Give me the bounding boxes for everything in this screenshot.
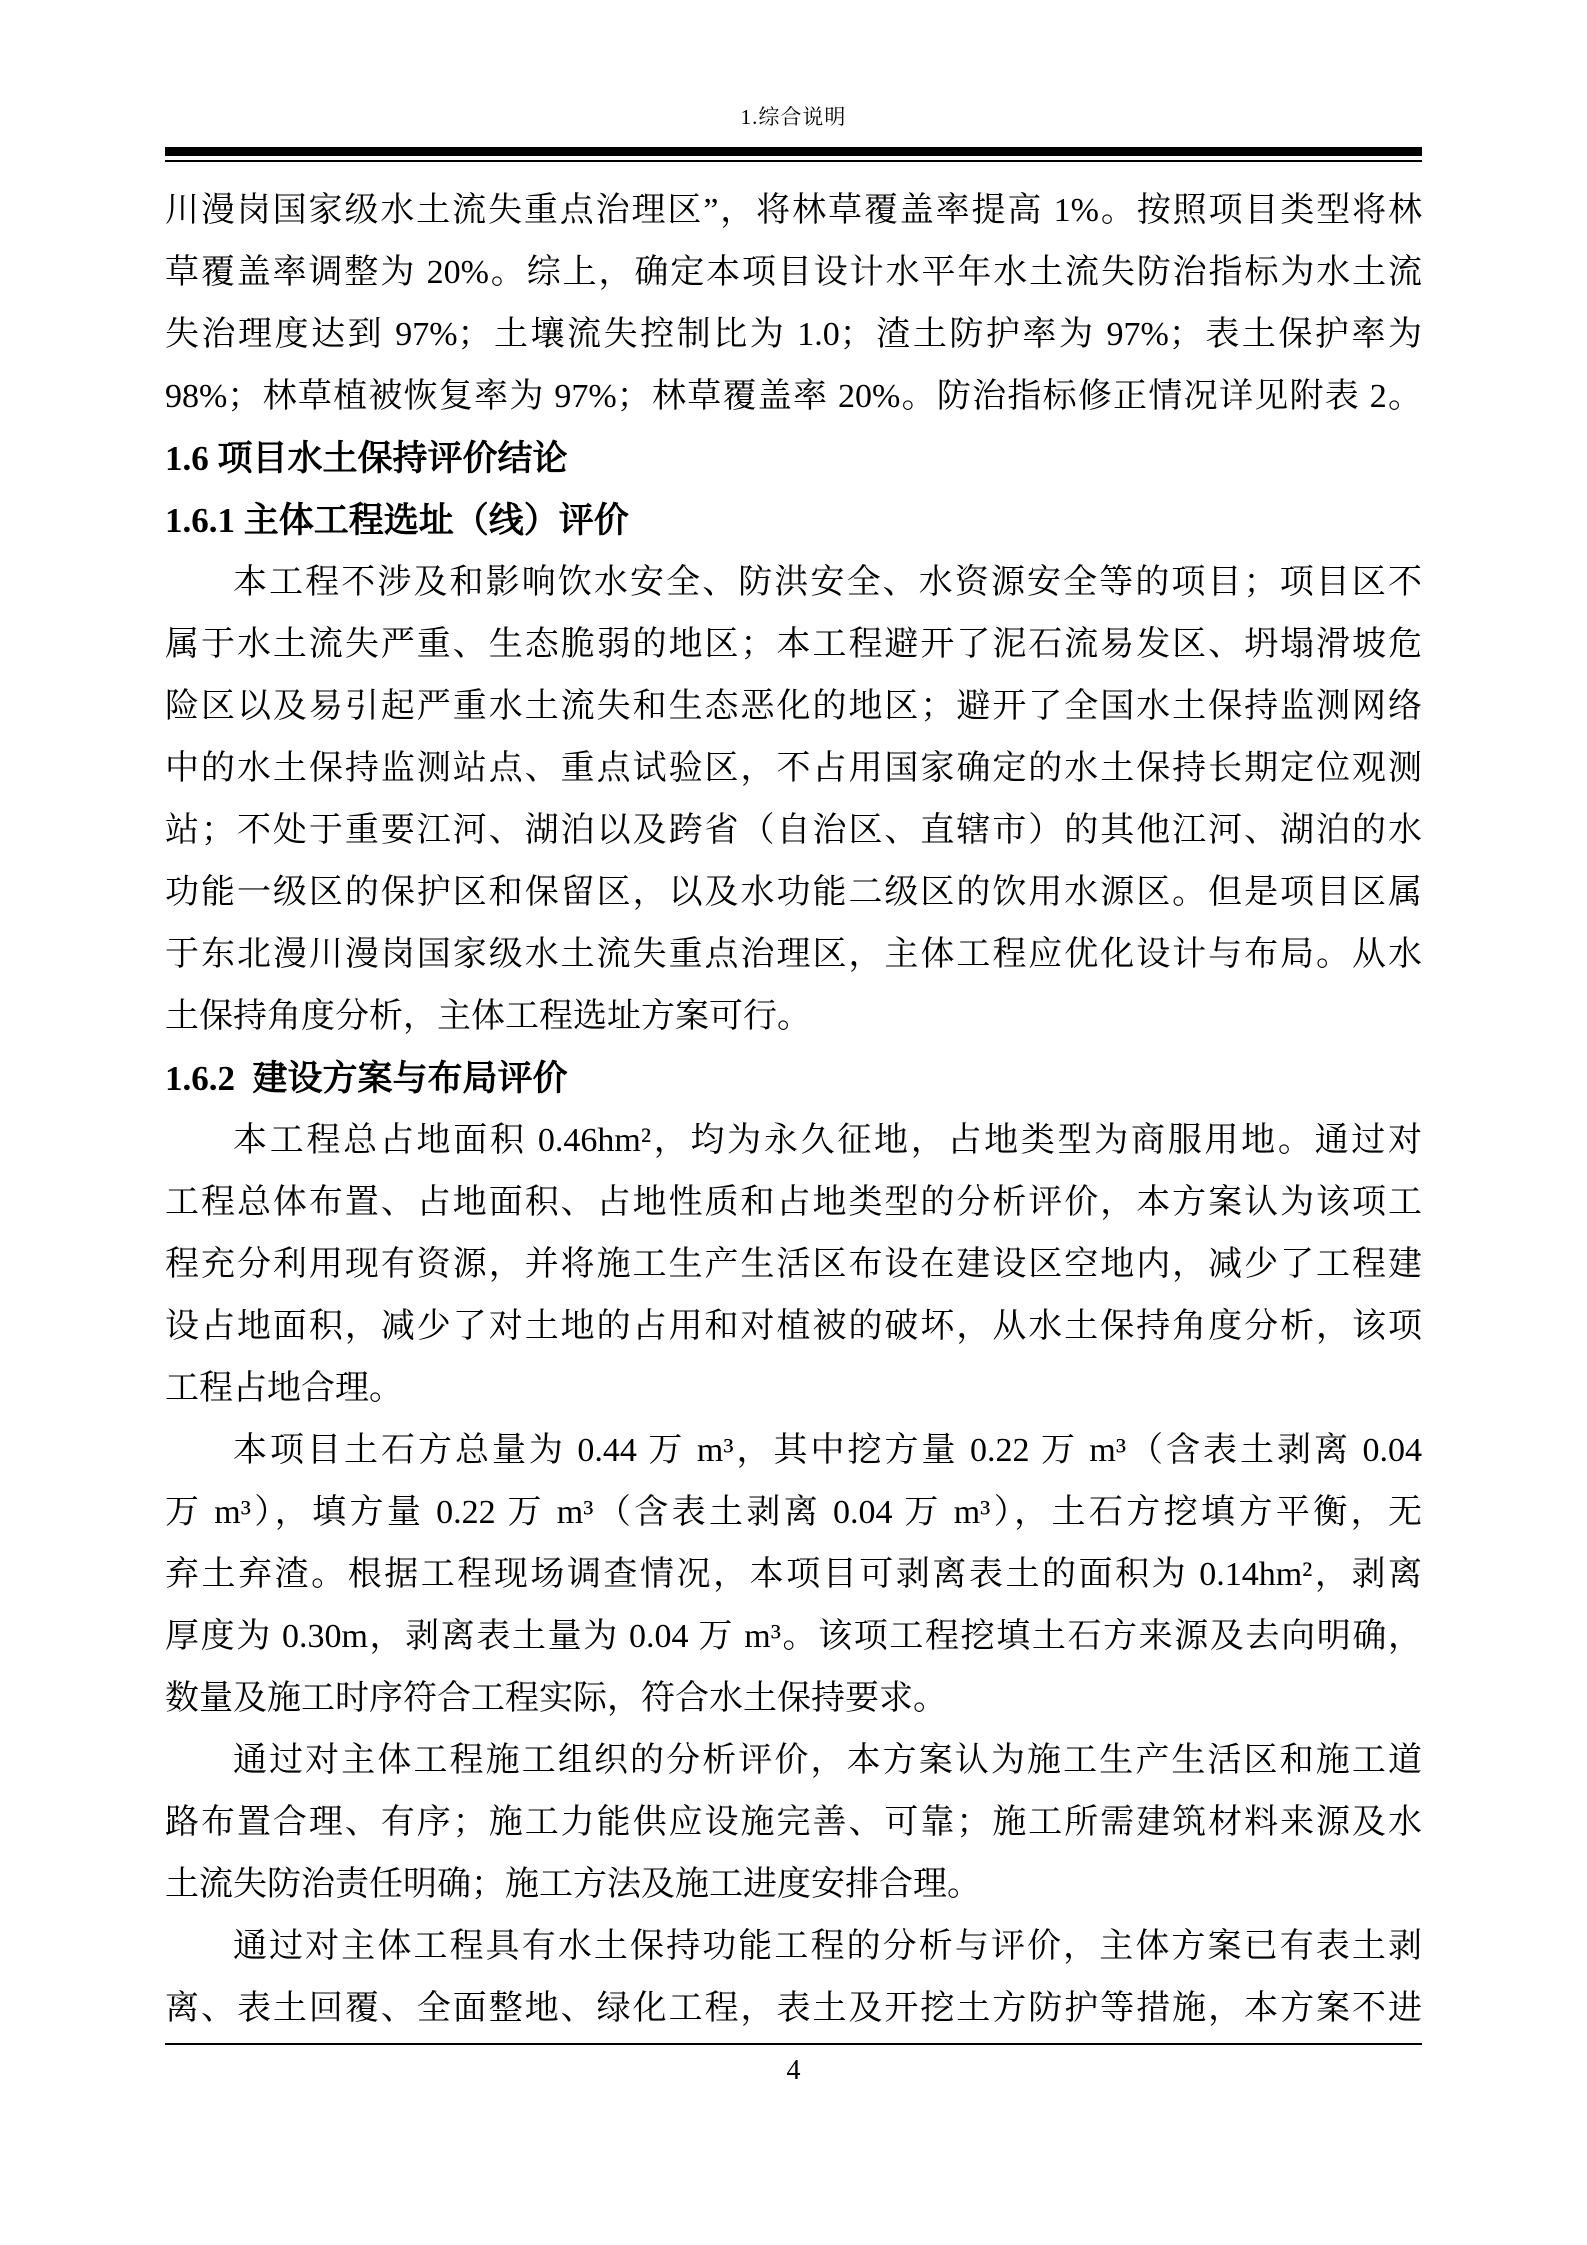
text-line: 属于水土流失严重、生态脆弱的地区；本工程避开了泥石流易发区、坍塌滑坡危 bbox=[165, 614, 1422, 676]
text-line: 草覆盖率调整为 20%。综上，确定本项目设计水平年水土流失防治指标为水土流 bbox=[165, 242, 1422, 304]
text-line: 于东北漫川漫岗国家级水土流失重点治理区，主体工程应优化设计与布局。从水 bbox=[165, 924, 1422, 986]
text-line: 路布置合理、有序；施工力能供应设施完善、可靠；施工所需建筑材料来源及水 bbox=[165, 1792, 1422, 1854]
paragraph: 本工程不涉及和影响饮水安全、防洪安全、水资源安全等的项目；项目区不属于水土流失严… bbox=[165, 552, 1422, 1048]
text-line: 险区以及易引起严重水土流失和生态恶化的地区；避开了全国水土保持监测网络 bbox=[165, 676, 1422, 738]
text-line: 工程总体布置、占地面积、占地性质和占地类型的分析评价，本方案认为该项工 bbox=[165, 1172, 1422, 1234]
section-heading: 1.6.2 建设方案与布局评价 bbox=[165, 1048, 1422, 1110]
document-page: 1.综合说明 川漫岗国家级水土流失重点治理区”，将林草覆盖率提高 1%。按照项目… bbox=[0, 0, 1587, 2245]
text-line: 站；不处于重要江河、湖泊以及跨省（自治区、直辖市）的其他江河、湖泊的水 bbox=[165, 800, 1422, 862]
text-line: 本项目土石方总量为 0.44 万 m³，其中挖方量 0.22 万 m³（含表土剥… bbox=[165, 1420, 1422, 1482]
text-line: 川漫岗国家级水土流失重点治理区”，将林草覆盖率提高 1%。按照项目类型将林 bbox=[165, 180, 1422, 242]
paragraph: 本工程总占地面积 0.46hm²，均为永久征地，占地类型为商服用地。通过对工程总… bbox=[165, 1110, 1422, 1420]
text-line: 土保持角度分析，主体工程选址方案可行。 bbox=[165, 986, 1422, 1048]
text-line: 离、表土回覆、全面整地、绿化工程，表土及开挖土方防护等措施，本方案不进 bbox=[165, 1978, 1422, 2040]
text-line: 失治理度达到 97%；土壤流失控制比为 1.0；渣土防护率为 97%；表土保护率… bbox=[165, 304, 1422, 366]
header-rule-thin bbox=[165, 160, 1422, 162]
text-line: 弃土弃渣。根据工程现场调查情况，本项目可剥离表土的面积为 0.14hm²，剥离 bbox=[165, 1544, 1422, 1606]
header-rule-thick bbox=[165, 147, 1422, 156]
paragraph: 通过对主体工程施工组织的分析评价，本方案认为施工生产生活区和施工道路布置合理、有… bbox=[165, 1730, 1422, 1916]
text-line: 厚度为 0.30m，剥离表土量为 0.04 万 m³。该项工程挖填土石方来源及去… bbox=[165, 1606, 1422, 1668]
paragraph: 通过对主体工程具有水土保持功能工程的分析与评价，主体方案已有表土剥离、表土回覆、… bbox=[165, 1916, 1422, 2040]
text-line: 通过对主体工程具有水土保持功能工程的分析与评价，主体方案已有表土剥 bbox=[165, 1916, 1422, 1978]
text-line: 工程占地合理。 bbox=[165, 1358, 1422, 1420]
page-header: 1.综合说明 bbox=[165, 0, 1422, 162]
page-footer: 4 bbox=[165, 2043, 1422, 2087]
text-line: 数量及施工时序符合工程实际，符合水土保持要求。 bbox=[165, 1668, 1422, 1730]
page-number: 4 bbox=[165, 2055, 1422, 2087]
text-line: 设占地面积，减少了对土地的占用和对植被的破坏，从水土保持角度分析，该项 bbox=[165, 1296, 1422, 1358]
document-body: 川漫岗国家级水土流失重点治理区”，将林草覆盖率提高 1%。按照项目类型将林草覆盖… bbox=[165, 180, 1422, 2040]
text-line: 通过对主体工程施工组织的分析评价，本方案认为施工生产生活区和施工道 bbox=[165, 1730, 1422, 1792]
section-heading: 1.6 项目水土保持评价结论 bbox=[165, 428, 1422, 490]
text-line: 万 m³），填方量 0.22 万 m³（含表土剥离 0.04 万 m³），土石方… bbox=[165, 1482, 1422, 1544]
text-line: 本工程不涉及和影响饮水安全、防洪安全、水资源安全等的项目；项目区不 bbox=[165, 552, 1422, 614]
header-title: 1.综合说明 bbox=[165, 0, 1422, 134]
paragraph: 川漫岗国家级水土流失重点治理区”，将林草覆盖率提高 1%。按照项目类型将林草覆盖… bbox=[165, 180, 1422, 428]
text-line: 程充分利用现有资源，并将施工生产生活区布设在建设区空地内，减少了工程建 bbox=[165, 1234, 1422, 1296]
text-line: 本工程总占地面积 0.46hm²，均为永久征地，占地类型为商服用地。通过对 bbox=[165, 1110, 1422, 1172]
text-line: 土流失防治责任明确；施工方法及施工进度安排合理。 bbox=[165, 1854, 1422, 1916]
section-heading: 1.6.1 主体工程选址（线）评价 bbox=[165, 490, 1422, 552]
text-line: 中的水土保持监测站点、重点试验区，不占用国家确定的水土保持长期定位观测 bbox=[165, 738, 1422, 800]
text-line: 98%；林草植被恢复率为 97%；林草覆盖率 20%。防治指标修正情况详见附表 … bbox=[165, 366, 1422, 428]
footer-rule bbox=[165, 2043, 1422, 2045]
text-line: 功能一级区的保护区和保留区，以及水功能二级区的饮用水源区。但是项目区属 bbox=[165, 862, 1422, 924]
paragraph: 本项目土石方总量为 0.44 万 m³，其中挖方量 0.22 万 m³（含表土剥… bbox=[165, 1420, 1422, 1730]
